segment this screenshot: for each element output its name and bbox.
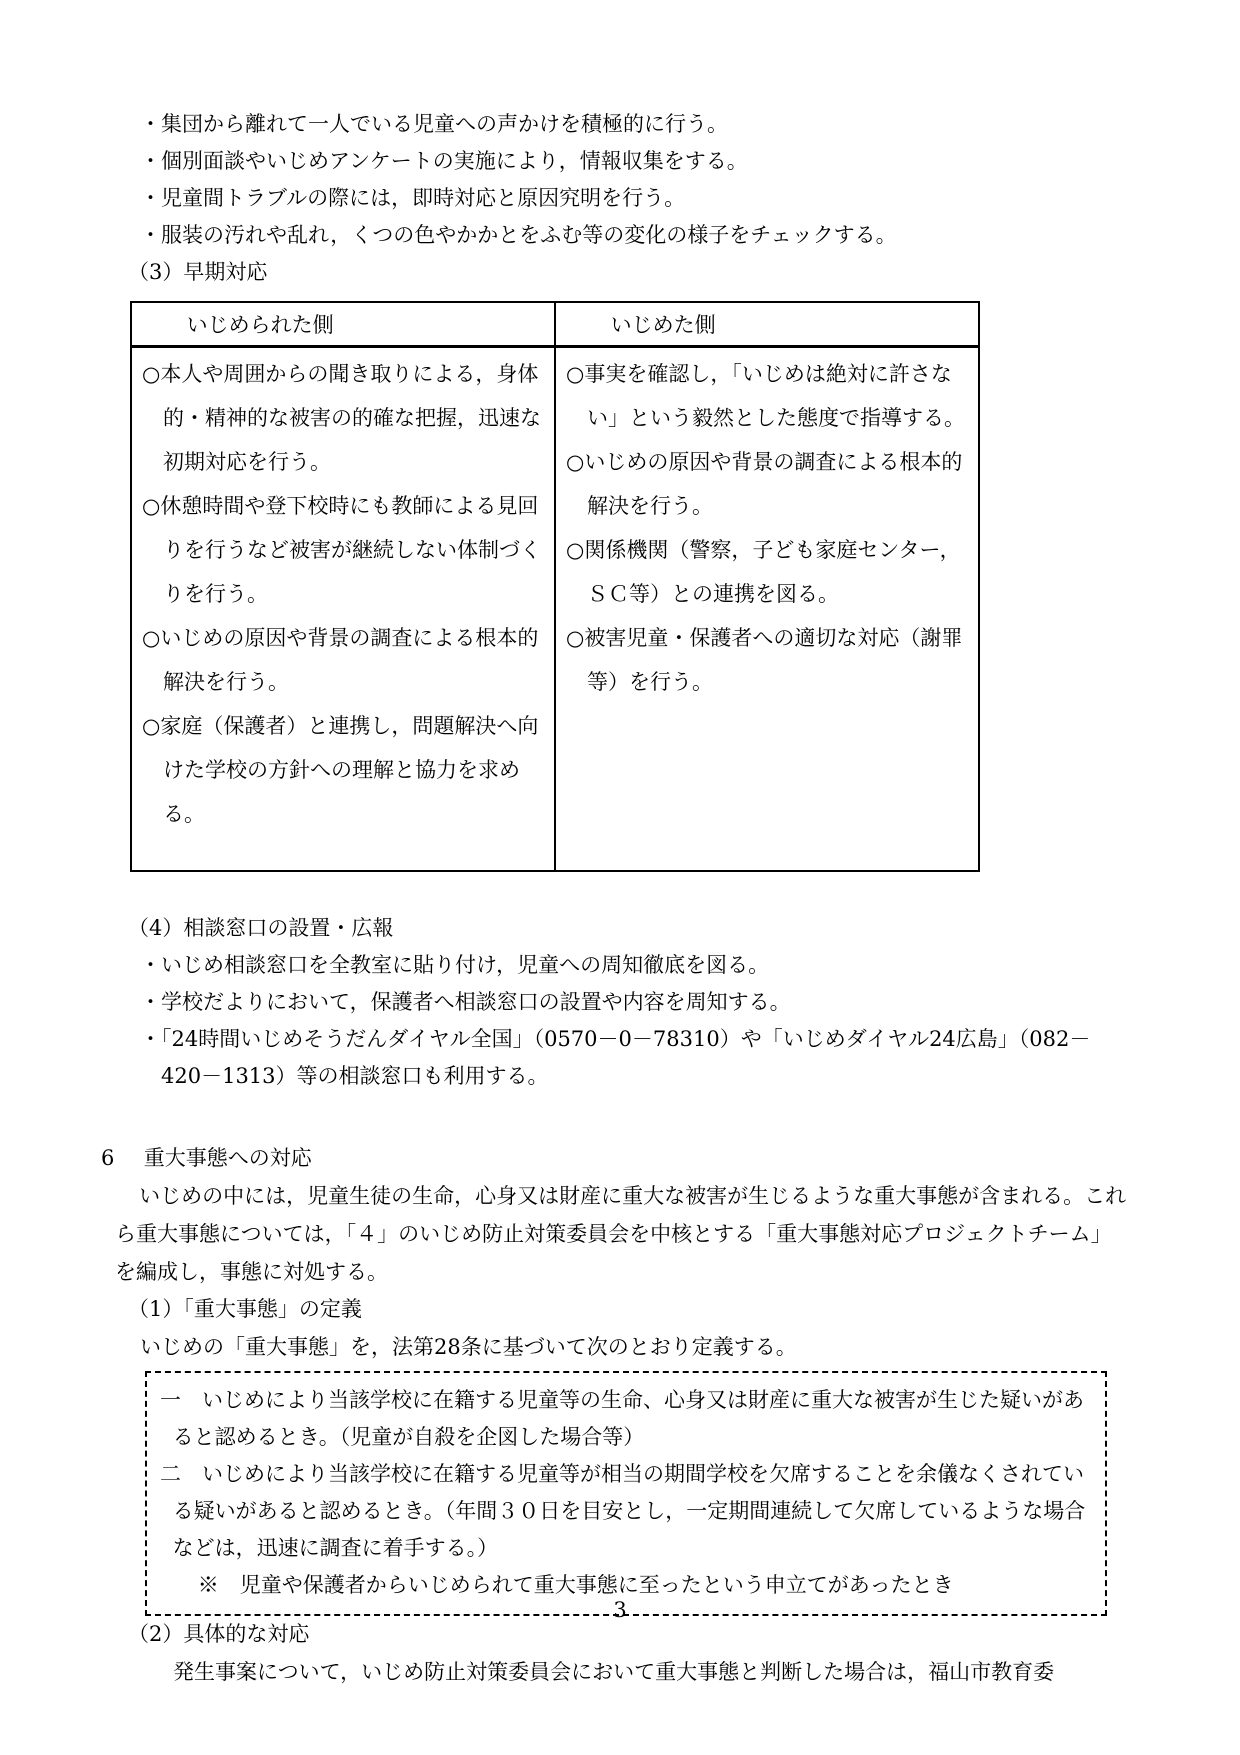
section-3-heading: （3）早期対応	[128, 254, 1128, 291]
column-header-bully-side: いじめた側	[555, 302, 979, 347]
table-item: ○関係機関（警察，子ども家庭センター，ＳＣ等）との連携を図る。	[566, 528, 970, 616]
definition-item-2: 二 いじめにより当該学校に在籍する児童等が相当の期間学校を欠席することを余儀なく…	[160, 1456, 1091, 1567]
page-number: 3	[0, 1598, 1240, 1622]
table-item: ○いじめの原因や背景の調査による根本的解決を行う。	[142, 616, 546, 704]
bullet-item: ・集団から離れて一人でいる児童への声かけを積極的に行う。	[140, 106, 1128, 143]
bullet-item: ・個別面談やいじめアンケートの実施により，情報収集をする。	[140, 143, 1128, 180]
section-6-title: 重大事態への対応	[144, 1146, 312, 1170]
bullet-item: ・児童間トラブルの際には，即時対応と原因究明を行う。	[140, 180, 1128, 217]
table-header-row: いじめられた側 いじめた側	[131, 302, 979, 347]
document-page: ・集団から離れて一人でいる児童への声かけを積極的に行う。 ・個別面談やいじめアン…	[0, 0, 1240, 1755]
early-response-table: いじめられた側 いじめた側 ○本人や周囲からの聞き取りによる，身体的・精神的な被…	[130, 301, 980, 872]
bullet-item: ・「24時間いじめそうだんダイヤル全国」（0570－0－78310）や「いじめダ…	[140, 1021, 1128, 1095]
column-header-bullied-side: いじめられた側	[131, 302, 555, 347]
bully-side-cell: ○事実を確認し，「いじめは絶対に許さない」という毅然とした態度で指導する。 ○い…	[555, 347, 979, 872]
bullet-item: ・いじめ相談窓口を全教室に貼り付け，児童への周知徹底を図る。	[140, 947, 1128, 984]
table-item: ○家庭（保護者）と連携し，問題解決へ向けた学校の方針への理解と協力を求める。	[142, 704, 546, 836]
table-item: ○休憩時間や登下校時にも教師による見回りを行うなど被害が継続しない体制づくりを行…	[142, 484, 546, 616]
table-item: ○事実を確認し，「いじめは絶対に許さない」という毅然とした態度で指導する。	[566, 352, 970, 440]
section-4: （4）相談窓口の設置・広報 ・いじめ相談窓口を全教室に貼り付け，児童への周知徹底…	[115, 910, 1128, 1095]
bullied-side-cell: ○本人や周囲からの聞き取りによる，身体的・精神的な被害の的確な把握，迅速な初期対…	[131, 347, 555, 872]
section-6-paragraph: いじめの中には，児童生徒の生命，心身又は財産に重大な被害が生じるような重大事態が…	[115, 1177, 1128, 1291]
section-6-1-heading: （1）「重大事態」の定義	[128, 1291, 1128, 1328]
definition-lead-text: いじめの「重大事態」を，法第28条に基づいて次のとおり定義する。	[140, 1328, 1128, 1366]
table-body-row: ○本人や周囲からの聞き取りによる，身体的・精神的な被害の的確な把握，迅速な初期対…	[131, 347, 979, 872]
consultation-bullet-list: ・いじめ相談窓口を全教室に貼り付け，児童への周知徹底を図る。 ・学校だよりにおい…	[140, 947, 1128, 1095]
early-detection-bullet-list: ・集団から離れて一人でいる児童への声かけを積極的に行う。 ・個別面談やいじめアン…	[140, 106, 1128, 254]
bullet-item: ・学校だよりにおいて，保護者へ相談窓口の設置や内容を周知する。	[140, 984, 1128, 1021]
bullet-item: ・服装の汚れや乱れ，くつの色やかかとをふむ等の変化の様子をチェックする。	[140, 217, 1128, 254]
serious-incident-definition-box: 一 いじめにより当該学校に在籍する児童等の生命、心身又は財産に重大な被害が生じた…	[145, 1371, 1107, 1616]
section-6-2-paragraph: 発生事案について，いじめ防止対策委員会において重大事態と判断した場合は，福山市教…	[173, 1653, 1128, 1691]
section-6-number: 6	[101, 1146, 114, 1170]
table-item: ○被害児童・保護者への適切な対応（謝罪等）を行う。	[566, 616, 970, 704]
table-item: ○いじめの原因や背景の調査による根本的解決を行う。	[566, 440, 970, 528]
definition-item-1: 一 いじめにより当該学校に在籍する児童等の生命、心身又は財産に重大な被害が生じた…	[160, 1382, 1091, 1456]
table-item: ○本人や周囲からの聞き取りによる，身体的・精神的な被害の的確な把握，迅速な初期対…	[142, 352, 546, 484]
section-6-heading: 6重大事態への対応	[101, 1139, 1128, 1177]
section-4-heading: （4）相談窓口の設置・広報	[128, 910, 1128, 947]
